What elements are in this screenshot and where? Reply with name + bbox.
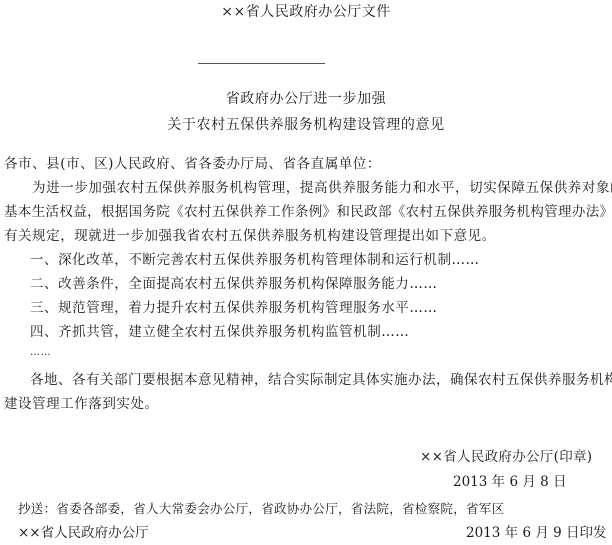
footer-print-date: 2013 年 6 月 9 日印发 [466,527,607,541]
footer-printer: ××省人民政府办公厅 [18,527,149,541]
intro-line-2: 基本生活权益，根据国务院《农村五保供养工作条例》和民政部《农村五保供养服务机构管… [4,206,612,220]
document-header: ××省人民政府办公厅文件 [0,5,612,19]
closing-line-2: 建设管理工作落到实处。 [4,398,159,412]
header-divider [198,63,325,64]
intro-line-3: 有关规定，现就进一步加强我省农村五保供养服务机构建设管理提出如下意见。 [4,230,496,244]
signature-date: 2013 年 6 月 8 日 [453,476,567,490]
closing-line-1: 各地、各有关部门要根据本意见精神，结合实际制定具体实施办法，确保农村五保供养服务… [30,374,612,388]
addressee: 各市、县(市、区)人民政府、省各委办厅局、省各直属单位： [4,158,381,172]
cc-list: 抄送：省委各部委，省人大常委会办公厅，省政协办公厅，省法院，省检察院，省军区 [18,503,504,516]
opinion-item-3: 三、规范管理，着力提升农村五保供养服务机构管理服务水平…… [30,302,437,316]
document-title-line-1: 省政府办公厅进一步加强 [0,92,612,106]
document-title-line-2: 关于农村五保供养服务机构建设管理的意见 [0,118,612,132]
opinion-item-4: 四、齐抓共管，建立健全农村五保供养服务机构监管机制…… [30,326,409,340]
intro-line-1: 为进一步加强农村五保供养服务机构管理，提高供养服务能力和水平，切实保障五保供养对… [32,182,612,196]
opinion-item-2: 二、改善条件，全面提高农村五保供养服务机构保障服务能力…… [30,278,437,292]
opinion-item-ellipsis: …… [30,348,51,358]
opinion-item-1: 一、深化改革，不断完善农村五保供养服务机构管理体制和运行机制…… [30,254,480,268]
signature-issuer: ××省人民政府办公厅(印章) [420,451,592,465]
